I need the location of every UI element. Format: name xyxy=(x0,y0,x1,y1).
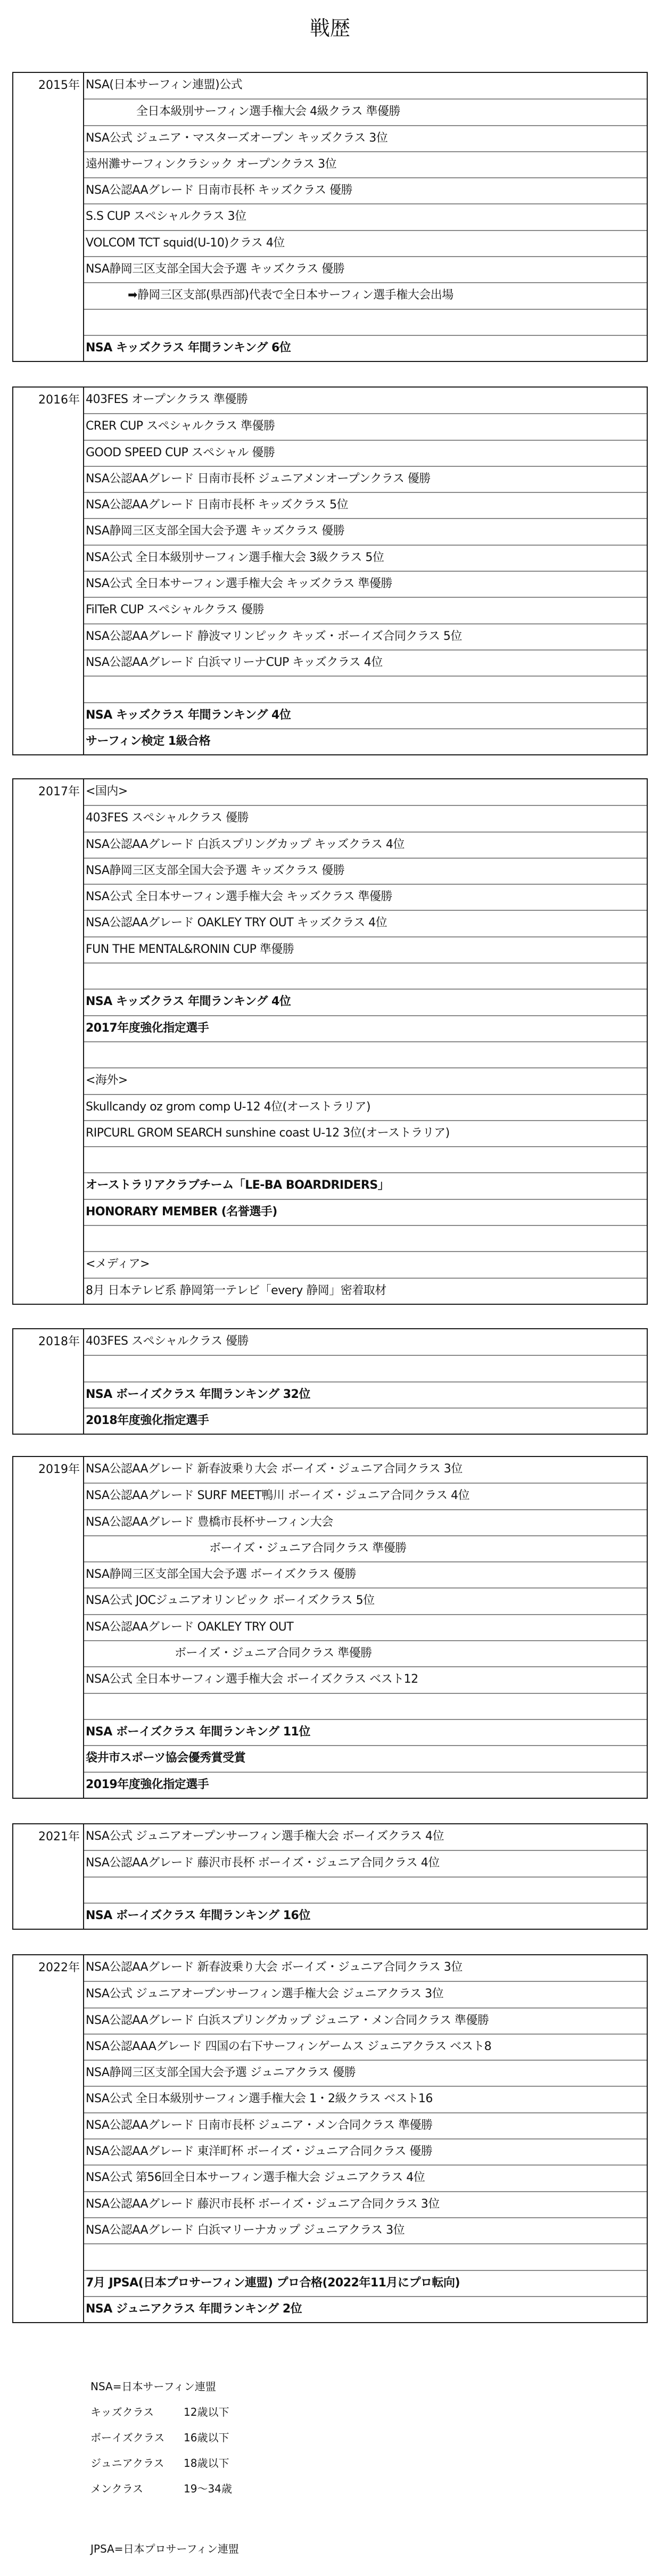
record-row: 遠州灘サーフィンクラシック オープンクラス 3位 xyxy=(84,151,647,177)
highlight-row: 2017年度強化指定選手 xyxy=(84,1015,647,1041)
record-rows: <国内>403FES スペシャルクラス 優勝NSA公認AAグレード 白浜スプリン… xyxy=(84,779,647,1304)
record-row: 403FES スペシャルクラス 優勝 xyxy=(84,1329,647,1355)
legend-class-age: 19～34歳 xyxy=(184,2476,232,2501)
record-row: NSA公認AAグレード OAKLEY TRY OUT xyxy=(84,1614,647,1640)
legend-class-name: メンクラス xyxy=(90,2476,184,2501)
record-row: FilTeR CUP スペシャルクラス 優勝 xyxy=(84,597,647,623)
record-row: NSA公認AAグレード 日南市長杯 ジュニア・メン合同クラス 準優勝 xyxy=(84,2112,647,2138)
record-row: NSA公式 JOCジュニアオリンピック ボーイズクラス 5位 xyxy=(84,1587,647,1614)
highlight-row: 2019年度強化指定選手 xyxy=(84,1772,647,1798)
empty-row xyxy=(84,309,647,335)
record-row: NSA公式 全日本サーフィン選手権大会 キッズクラス 準優勝 xyxy=(84,571,647,597)
record-row: NSA公認AAグレード 白浜マリーナカップ ジュニアクラス 3位 xyxy=(84,2217,647,2243)
empty-row xyxy=(84,1146,647,1172)
empty-row xyxy=(84,1355,647,1381)
highlight-row: 袋井市スポーツ協会優秀賞受賞 xyxy=(84,1745,647,1771)
legend-nsa: NSA=日本サーフィン連盟 xyxy=(90,2374,232,2399)
highlight-row: NSA ボーイズクラス 年間ランキング 11位 xyxy=(84,1719,647,1745)
record-row: NSA公認AAグレード 日南市長杯 キッズクラス 5位 xyxy=(84,492,647,518)
record-row: NSA公式 ジュニア・マスターズオープン キッズクラス 3位 xyxy=(84,125,647,151)
record-row: ボーイズ・ジュニア合同クラス 準優勝 xyxy=(84,1535,647,1561)
legend: NSA=日本サーフィン連盟 キッズクラス 12歳以下 ボーイズクラス 16歳以下… xyxy=(90,2374,232,2501)
empty-row xyxy=(84,1693,647,1719)
record-row: NSA公認AAグレード 静波マリンピック キッズ・ボーイズ合同クラス 5位 xyxy=(84,623,647,649)
legend-class-name: キッズクラス xyxy=(90,2399,184,2425)
record-row: VOLCOM TCT squid(U-10)クラス 4位 xyxy=(84,230,647,256)
record-row: NSA静岡三区支部全国大会予選 ボーイズクラス 優勝 xyxy=(84,1561,647,1587)
year-table-2019: 2019年NSA公認AAグレード 新春波乗り大会 ボーイズ・ジュニア合同クラス … xyxy=(12,1456,648,1799)
record-row: FUN THE MENTAL&RONIN CUP 準優勝 xyxy=(84,936,647,962)
record-row: 403FES オープンクラス 準優勝 xyxy=(84,388,647,413)
highlight-row: HONORARY MEMBER (名誉選手) xyxy=(84,1199,647,1225)
year-label: 2022年 xyxy=(13,1955,84,2322)
record-row: NSA公式 全日本級別サーフィン選手権大会 3級クラス 5位 xyxy=(84,545,647,571)
empty-row xyxy=(84,2243,647,2269)
highlight-row: NSA キッズクラス 年間ランキング 4位 xyxy=(84,989,647,1015)
highlight-row: NSA ボーイズクラス 年間ランキング 16位 xyxy=(84,1903,647,1929)
year-table-2022: 2022年NSA公認AAグレード 新春波乗り大会 ボーイズ・ジュニア合同クラス … xyxy=(12,1954,648,2323)
legend-class-junior: ジュニアクラス 18歳以下 xyxy=(90,2450,232,2476)
record-row: NSA静岡三区支部全国大会予選 ジュニアクラス 優勝 xyxy=(84,2060,647,2086)
record-rows: NSA公式 ジュニアオープンサーフィン選手権大会 ボーイズクラス 4位NSA公認… xyxy=(84,1824,647,1929)
record-row: NSA公式 ジュニアオープンサーフィン選手権大会 ジュニアクラス 3位 xyxy=(84,1981,647,2007)
record-row: 403FES スペシャルクラス 優勝 xyxy=(84,805,647,831)
legend-class-age: 18歳以下 xyxy=(184,2450,229,2476)
highlight-row: 7月 JPSA(日本プロサーフィン連盟) プロ合格(2022年11月にプロ転向) xyxy=(84,2270,647,2296)
record-rows: NSA公認AAグレード 新春波乗り大会 ボーイズ・ジュニア合同クラス 3位NSA… xyxy=(84,1457,647,1798)
record-rows: NSA公認AAグレード 新春波乗り大会 ボーイズ・ジュニア合同クラス 3位NSA… xyxy=(84,1955,647,2322)
year-table-2018: 2018年403FES スペシャルクラス 優勝NSA ボーイズクラス 年間ランキ… xyxy=(12,1328,648,1435)
year-table-2015: 2015年NSA(日本サーフィン連盟)公式全日本級別サーフィン選手権大会 4級ク… xyxy=(12,72,648,362)
highlight-row: サーフィン検定 1級合格 xyxy=(84,728,647,754)
year-label: 2015年 xyxy=(13,73,84,361)
record-row: NSA公認AAグレード 新春波乗り大会 ボーイズ・ジュニア合同クラス 3位 xyxy=(84,1955,647,1981)
highlight-row: NSA キッズクラス 年間ランキング 6位 xyxy=(84,335,647,361)
record-row: <メディア> xyxy=(84,1251,647,1277)
legend-jpsa: JPSA=日本プロサーフィン連盟 xyxy=(90,2540,239,2556)
year-table-2021: 2021年NSA公式 ジュニアオープンサーフィン選手権大会 ボーイズクラス 4位… xyxy=(12,1823,648,1930)
record-row: NSA公認AAグレード 白浜マリーナCUP キッズクラス 4位 xyxy=(84,649,647,676)
empty-row xyxy=(84,1041,647,1067)
legend-class-name: ボーイズクラス xyxy=(90,2425,184,2450)
record-row: 全日本級別サーフィン選手権大会 4級クラス 準優勝 xyxy=(84,98,647,125)
record-row: NSA公式 全日本サーフィン選手権大会 キッズクラス 準優勝 xyxy=(84,884,647,910)
year-label: 2018年 xyxy=(13,1329,84,1434)
record-rows: 403FES オープンクラス 準優勝CRER CUP スペシャルクラス 準優勝G… xyxy=(84,388,647,754)
record-row: NSA公式 全日本サーフィン選手権大会 ボーイズクラス ベスト12 xyxy=(84,1666,647,1692)
legend-class-age: 12歳以下 xyxy=(184,2399,229,2425)
record-row: NSA公式 第56回全日本サーフィン選手権大会 ジュニアクラス 4位 xyxy=(84,2165,647,2191)
record-rows: 403FES スペシャルクラス 優勝NSA ボーイズクラス 年間ランキング 32… xyxy=(84,1329,647,1434)
highlight-row: 2018年度強化指定選手 xyxy=(84,1408,647,1434)
record-row: NSA静岡三区支部全国大会予選 キッズクラス 優勝 xyxy=(84,858,647,884)
record-row: GOOD SPEED CUP スペシャル 優勝 xyxy=(84,440,647,466)
record-row: NSA公認AAグレード 豊橋市長杯サーフィン大会 xyxy=(84,1509,647,1535)
empty-row xyxy=(84,676,647,702)
record-row: ➡静岡三区支部(県西部)代表で全日本サーフィン選手権大会出場 xyxy=(84,282,647,308)
record-row: NSA公認AAグレード 日南市長杯 キッズクラス 優勝 xyxy=(84,177,647,203)
record-row: NSA公認AAグレード SURF MEET鴨川 ボーイズ・ジュニア合同クラス 4… xyxy=(84,1483,647,1509)
year-label: 2019年 xyxy=(13,1457,84,1798)
year-table-2016: 2016年403FES オープンクラス 準優勝CRER CUP スペシャルクラス… xyxy=(12,386,648,755)
empty-row xyxy=(84,1225,647,1251)
legend-class-kids: キッズクラス 12歳以下 xyxy=(90,2399,232,2425)
record-row: NSA公認AAグレード 藤沢市長杯 ボーイズ・ジュニア合同クラス 4位 xyxy=(84,1850,647,1876)
record-row: NSA公認AAAグレード 四国の右下サーフィンゲームス ジュニアクラス ベスト8 xyxy=(84,2034,647,2060)
record-row: NSA公認AAグレード 藤沢市長杯 ボーイズ・ジュニア合同クラス 3位 xyxy=(84,2191,647,2217)
year-table-2017: 2017年<国内>403FES スペシャルクラス 優勝NSA公認AAグレード 白… xyxy=(12,778,648,1305)
legend-nsa-text: NSA=日本サーフィン連盟 xyxy=(90,2374,216,2399)
record-row: NSA公認AAグレード 新春波乗り大会 ボーイズ・ジュニア合同クラス 3位 xyxy=(84,1457,647,1483)
legend-class-boys: ボーイズクラス 16歳以下 xyxy=(90,2425,232,2450)
highlight-row: NSA ボーイズクラス 年間ランキング 32位 xyxy=(84,1381,647,1408)
record-row: NSA(日本サーフィン連盟)公式 xyxy=(84,73,647,98)
record-row: NSA静岡三区支部全国大会予選 キッズクラス 優勝 xyxy=(84,518,647,544)
legend-class-men: メンクラス 19～34歳 xyxy=(90,2476,232,2501)
record-row: NSA公式 全日本級別サーフィン選手権大会 1・2級クラス ベスト16 xyxy=(84,2086,647,2112)
record-row: NSA公認AAグレード 日南市長杯 ジュニアメンオープンクラス 優勝 xyxy=(84,466,647,492)
record-row: CRER CUP スペシャルクラス 準優勝 xyxy=(84,413,647,439)
highlight-row: オーストラリアクラブチーム「LE-BA BOARDRIDERS」 xyxy=(84,1172,647,1198)
record-row: S.S CUP スペシャルクラス 3位 xyxy=(84,203,647,229)
record-row: RIPCURL GROM SEARCH sunshine coast U-12 … xyxy=(84,1120,647,1146)
record-row: NSA公認AAグレード 東洋町杯 ボーイズ・ジュニア合同クラス 優勝 xyxy=(84,2138,647,2165)
legend-class-age: 16歳以下 xyxy=(184,2425,229,2450)
year-label: 2016年 xyxy=(13,388,84,754)
page-title: 戦歴 xyxy=(0,16,660,40)
year-label: 2021年 xyxy=(13,1824,84,1929)
record-row: NSA公認AAグレード 白浜スプリングカップ ジュニア・メン合同クラス 準優勝 xyxy=(84,2007,647,2034)
legend-class-name: ジュニアクラス xyxy=(90,2450,184,2476)
empty-row xyxy=(84,962,647,989)
record-row: NSA公式 ジュニアオープンサーフィン選手権大会 ボーイズクラス 4位 xyxy=(84,1824,647,1850)
highlight-row: NSA キッズクラス 年間ランキング 4位 xyxy=(84,702,647,728)
record-rows: NSA(日本サーフィン連盟)公式全日本級別サーフィン選手権大会 4級クラス 準優… xyxy=(84,73,647,361)
record-row: <海外> xyxy=(84,1067,647,1093)
record-row: Skullcandy oz grom comp U-12 4位(オーストラリア) xyxy=(84,1094,647,1120)
record-row: <国内> xyxy=(84,779,647,805)
record-row: NSA公認AAグレード 白浜スプリングカップ キッズクラス 4位 xyxy=(84,832,647,858)
year-label: 2017年 xyxy=(13,779,84,1304)
record-row: 8月 日本テレビ系 静岡第一テレビ「every 静岡」密着取材 xyxy=(84,1278,647,1304)
record-row: NSA公認AAグレード OAKLEY TRY OUT キッズクラス 4位 xyxy=(84,910,647,936)
empty-row xyxy=(84,1877,647,1903)
record-row: ボーイズ・ジュニア合同クラス 準優勝 xyxy=(84,1640,647,1666)
record-row: NSA静岡三区支部全国大会予選 キッズクラス 優勝 xyxy=(84,256,647,282)
highlight-row: NSA ジュニアクラス 年間ランキング 2位 xyxy=(84,2296,647,2322)
